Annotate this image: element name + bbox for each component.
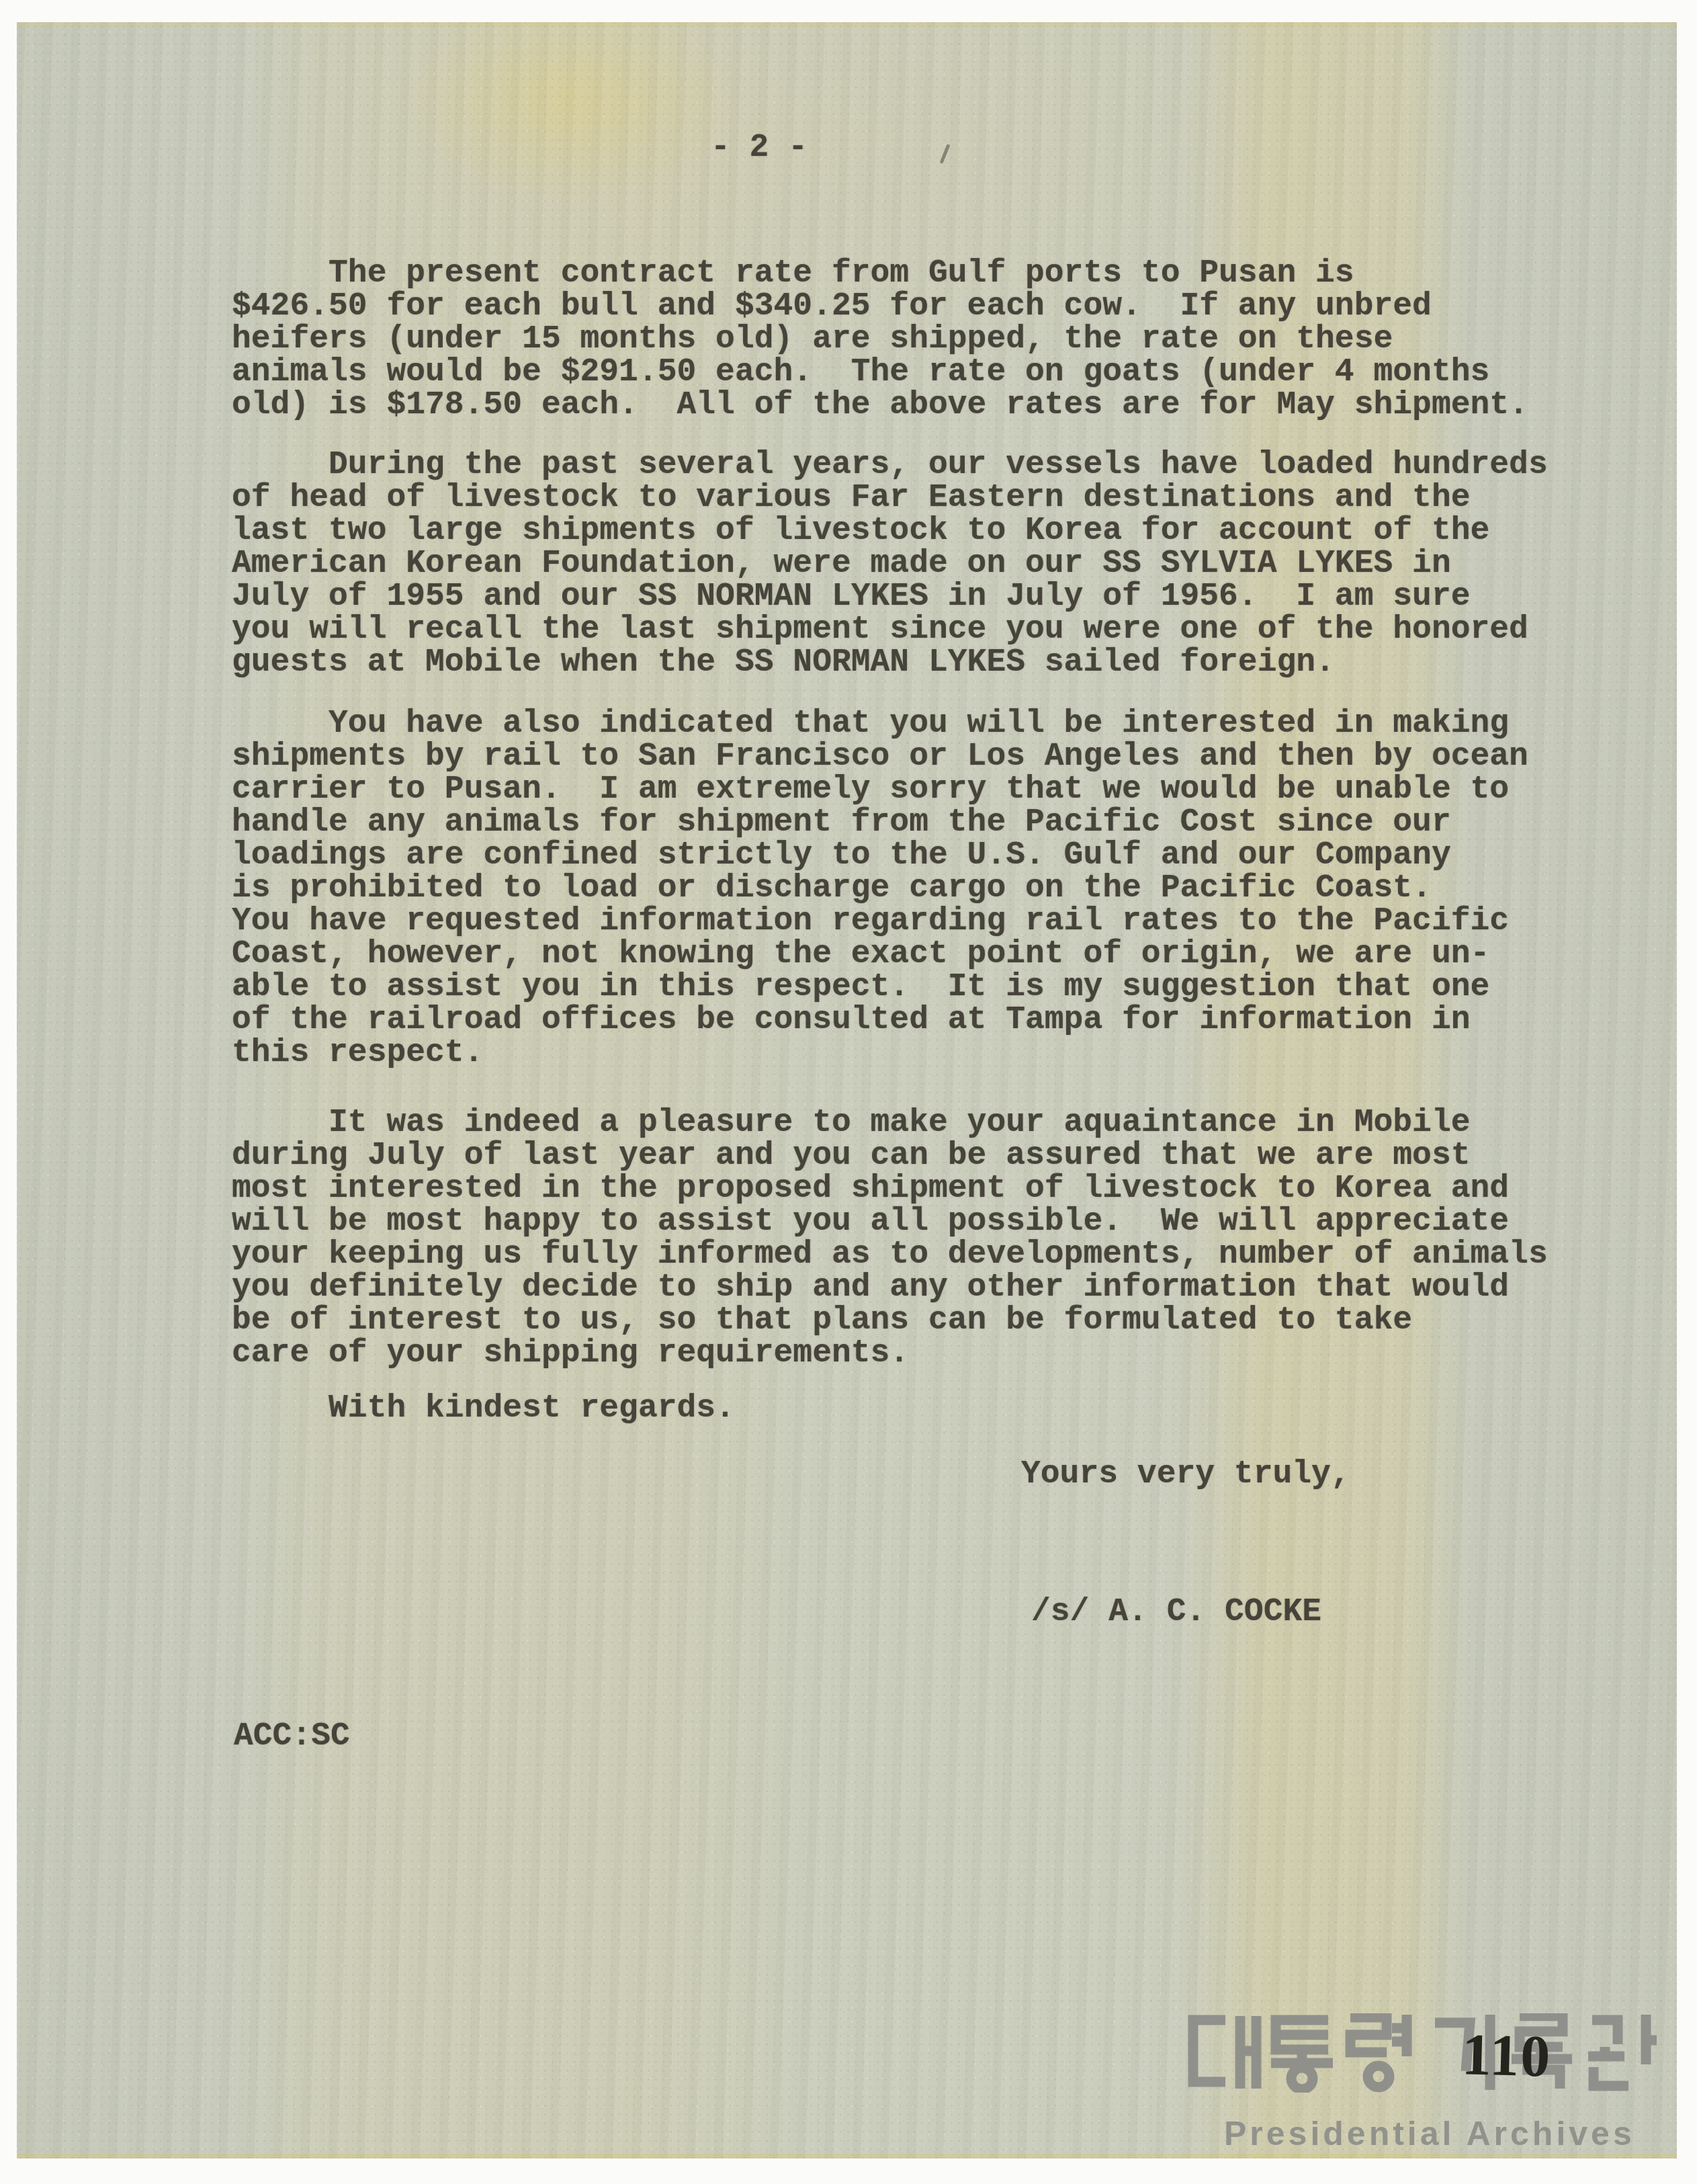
valediction: Yours very truly, (1021, 1458, 1350, 1491)
closing-regards-line: With kindest regards. (232, 1392, 735, 1425)
paragraph-past-shipments: During the past several years, our vesse… (232, 449, 1548, 679)
page-number: - 2 - (711, 132, 808, 165)
presidential-archives-label: Presidential Archives (1224, 2114, 1635, 2153)
korean-watermark (1184, 2013, 1669, 2093)
typist-initials: ACC:SC (234, 1720, 350, 1753)
paragraph-closing: It was indeed a pleasure to make your aq… (232, 1107, 1548, 1370)
page-number-stamp: 110 (1461, 2025, 1552, 2087)
paragraph-shipping-rates: The present contract rate from Gulf port… (232, 257, 1528, 422)
scanned-letter-page: - 2 - The present contract rate from Gul… (0, 0, 1697, 2184)
signature-line: /s/ A. C. COCKE (1031, 1596, 1321, 1629)
paragraph-pacific-coast: You have also indicated that you will be… (232, 708, 1528, 1070)
